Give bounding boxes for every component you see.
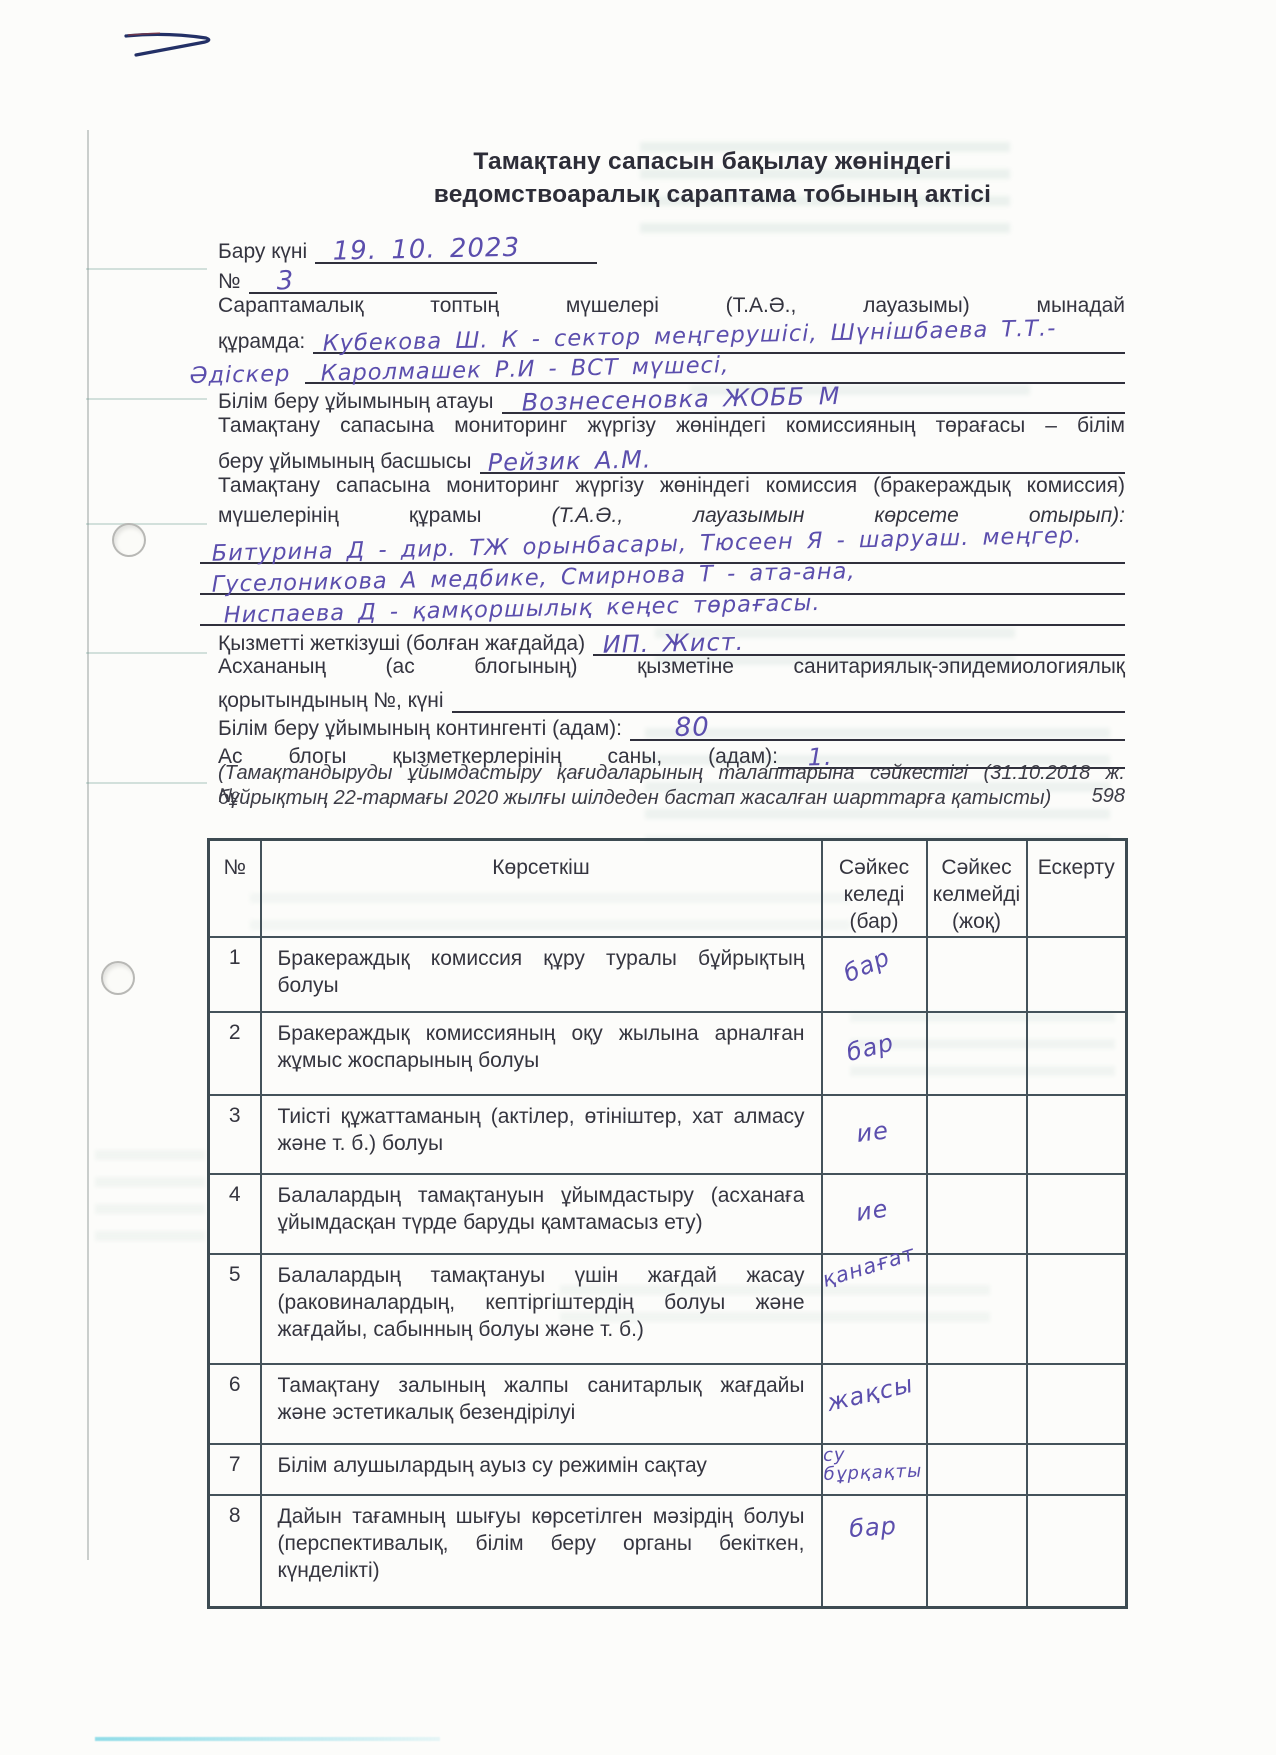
experts-value1: Кубекова Ш. К - сектор меңгерушісі, Шүні… bbox=[313, 317, 1057, 355]
row-indicator: Дайын тағамның шығуы көрсетілген мәзірді… bbox=[261, 1495, 822, 1607]
header-number: № bbox=[209, 840, 261, 938]
visit-date-line: Бару күні 19. 10. 2023 bbox=[218, 234, 1125, 264]
row-note-cell bbox=[1027, 1444, 1127, 1495]
chairman-blank: Рейзик А.М. bbox=[480, 442, 1126, 474]
note-line2: бұйрықтың 22-тармағы 2020 жылғы шілдеден… bbox=[218, 787, 1125, 810]
row-indicator: Балалардың тамақтануын ұйымдастыру (асха… bbox=[261, 1174, 822, 1254]
table-row: 7 Білім алушылардың ауыз су режимін сақт… bbox=[209, 1444, 1127, 1495]
experts-value-line1: құрамда: Кубекова Ш. К - сектор меңгеруш… bbox=[218, 324, 1125, 354]
scan-bleed-line bbox=[86, 523, 207, 525]
commission-label-line1: Тамақтану сапасына мониторинг жүргізу жө… bbox=[218, 474, 1125, 504]
row-no-match-cell bbox=[927, 1012, 1027, 1095]
row-note-cell bbox=[1027, 1095, 1127, 1174]
experts-intro2-label: құрамда: bbox=[218, 330, 313, 354]
act-number-value: 3 bbox=[248, 268, 294, 295]
org-name-label: Білім беру ұйымының атауы bbox=[218, 390, 502, 414]
row-no-match-cell bbox=[927, 937, 1027, 1012]
row-answer: бар bbox=[848, 1514, 897, 1541]
scan-page-edge-line bbox=[87, 130, 89, 1560]
scan-color-streak bbox=[95, 1737, 440, 1741]
row-answer-cell: бар bbox=[822, 1012, 927, 1095]
row-no-match-cell bbox=[927, 1174, 1027, 1254]
scan-bleed-line bbox=[86, 268, 207, 270]
document-title-line1: Тамақтану сапасын бақылау жөніндегі bbox=[300, 148, 1125, 176]
row-answer: ие bbox=[855, 1118, 890, 1146]
commission-blank3: Ниспаева Д - қамқоршылық кеңес төрағасы. bbox=[200, 594, 1125, 626]
chairman-value-line: беру ұйымының басшысы Рейзик А.М. bbox=[218, 444, 1125, 474]
row-number: 2 bbox=[209, 1012, 261, 1095]
row-answer: су бұрқақты bbox=[822, 1442, 924, 1484]
row-answer: ие bbox=[854, 1196, 890, 1225]
table-row: 5 Балалардың тамақтануы үшін жағдай жаса… bbox=[209, 1254, 1127, 1364]
commission-label-line2a: мүшелерінің құрамы bbox=[218, 504, 482, 527]
checklist-table: № Көрсеткіш Сәйкес келеді (бар) Сәйкес к… bbox=[207, 838, 1128, 1609]
header-indicator: Көрсеткіш bbox=[261, 840, 822, 938]
commission-value3: Ниспаева Д - қамқоршылық кеңес төрағасы. bbox=[200, 592, 821, 627]
experts-value2b: Каролмашек Р.И - ВСТ мүшесі, bbox=[304, 354, 729, 385]
row-number: 3 bbox=[209, 1095, 261, 1174]
act-number-blank: 3 bbox=[249, 262, 497, 294]
row-answer-cell: су бұрқақты bbox=[822, 1444, 927, 1495]
provider-blank: ИП. Жист. bbox=[593, 624, 1125, 656]
row-no-match-cell bbox=[927, 1095, 1027, 1174]
header-note: Ескерту bbox=[1027, 840, 1127, 938]
provider-line: Қызметті жеткізуші (болған жағдайда) ИП.… bbox=[218, 626, 1125, 656]
visit-date-blank: 19. 10. 2023 bbox=[315, 232, 597, 264]
row-no-match-cell bbox=[927, 1495, 1027, 1607]
row-note-cell bbox=[1027, 1495, 1127, 1607]
row-number: 5 bbox=[209, 1254, 261, 1364]
row-note-cell bbox=[1027, 1174, 1127, 1254]
row-no-match-cell bbox=[927, 1444, 1027, 1495]
chairman-label-line2: беру ұйымының басшысы bbox=[218, 450, 480, 474]
punch-hole-top bbox=[112, 523, 146, 557]
table-row: 3 Тиісті құжаттаманың (актілер, өтініште… bbox=[209, 1095, 1127, 1174]
commission-value-line1: Битурина Д - дир. ТЖ орынбасары, Тюсеен … bbox=[200, 534, 1125, 564]
row-number: 1 bbox=[209, 937, 261, 1012]
provider-label: Қызметті жеткізуші (болған жағдайда) bbox=[218, 632, 593, 656]
row-indicator: Білім алушылардың ауыз су режимін сақтау bbox=[261, 1444, 822, 1495]
org-name-value: Вознесеновка ЖОББ М bbox=[501, 384, 840, 415]
visit-date-value: 19. 10. 2023 bbox=[315, 235, 521, 265]
row-number: 6 bbox=[209, 1364, 261, 1444]
experts-value-line2: Әдіскер Каролмашек Р.И - ВСТ мүшесі, bbox=[190, 354, 1125, 384]
row-number: 4 bbox=[209, 1174, 261, 1254]
chairman-label-line1: Тамақтану сапасына мониторинг жүргізу жө… bbox=[218, 414, 1125, 444]
table-row: 1 Бракераждық комиссия құру туралы бұйры… bbox=[209, 937, 1127, 1012]
commission-blank2: Гуселоникова А медбике, Смирнова Т - ата… bbox=[200, 563, 1125, 595]
experts-blank2: Каролмашек Р.И - ВСТ мүшесі, bbox=[305, 352, 1125, 384]
contingent-value: 80 bbox=[629, 714, 710, 742]
row-answer: бар bbox=[844, 1030, 896, 1065]
document-title-line2: ведомствоаралық сараптама тобының актісі bbox=[300, 181, 1125, 209]
chairman-value: Рейзик А.М. bbox=[479, 447, 651, 475]
header-match-no: Сәйкес келмейді (жоқ) bbox=[927, 840, 1027, 938]
act-number-label: № bbox=[218, 270, 249, 294]
act-number-line: № 3 bbox=[218, 264, 1125, 294]
table-row: 8 Дайын тағамның шығуы көрсетілген мәзір… bbox=[209, 1495, 1127, 1607]
row-indicator: Тиісті құжаттаманың (актілер, өтініштер,… bbox=[261, 1095, 822, 1174]
row-indicator: Балалардың тамақтануы үшін жағдай жасау … bbox=[261, 1254, 822, 1364]
scan-bleed-line bbox=[86, 652, 207, 654]
org-name-line: Білім беру ұйымының атауы Вознесеновка Ж… bbox=[218, 384, 1125, 414]
provider-value: ИП. Жист. bbox=[593, 630, 745, 657]
sanitary-label-line2: қорытындының №, күні bbox=[218, 689, 452, 713]
row-note-cell bbox=[1027, 1364, 1127, 1444]
scanned-act-page: Тамақтану сапасын бақылау жөніндегі ведо… bbox=[0, 0, 1276, 1755]
row-number: 8 bbox=[209, 1495, 261, 1607]
row-answer: бар bbox=[840, 944, 893, 985]
row-answer-cell: ие bbox=[822, 1095, 927, 1174]
row-answer-cell: жақсы bbox=[822, 1364, 927, 1444]
contingent-label: Білім беру ұйымының контингенті (адам): bbox=[218, 717, 630, 741]
table-row: 6 Тамақтану залының жалпы санитарлық жағ… bbox=[209, 1364, 1127, 1444]
row-note-cell bbox=[1027, 1012, 1127, 1095]
header-match-yes: Сәйкес келеді (бар) bbox=[822, 840, 927, 938]
visit-date-label: Бару күні bbox=[218, 240, 315, 264]
row-note-cell bbox=[1027, 937, 1127, 1012]
scan-bleed-line bbox=[86, 398, 207, 400]
commission-blank1: Битурина Д - дир. ТЖ орынбасары, Тюсеен … bbox=[200, 532, 1125, 564]
row-answer-cell: бар bbox=[822, 937, 927, 1012]
row-no-match-cell bbox=[927, 1364, 1027, 1444]
org-name-blank: Вознесеновка ЖОББ М bbox=[502, 382, 1125, 414]
scan-bleedthrough-text bbox=[95, 1150, 205, 1245]
row-number: 7 bbox=[209, 1444, 261, 1495]
row-no-match-cell bbox=[927, 1254, 1027, 1364]
table-header-row: № Көрсеткіш Сәйкес келеді (бар) Сәйкес к… bbox=[209, 840, 1127, 938]
experts-blank1: Кубекова Ш. К - сектор меңгерушісі, Шүні… bbox=[313, 322, 1125, 354]
row-answer-cell: бар bbox=[822, 1495, 927, 1607]
commission-value-line3: Ниспаева Д - қамқоршылық кеңес төрағасы. bbox=[200, 596, 1125, 626]
row-indicator: Бракераждық комиссияның оқу жылына арнал… bbox=[261, 1012, 822, 1095]
row-indicator: Бракераждық комиссия құру туралы бұйрықт… bbox=[261, 937, 822, 1012]
table-row: 4 Балалардың тамақтануын ұйымдастыру (ас… bbox=[209, 1174, 1127, 1254]
scan-bleed-line bbox=[86, 782, 207, 784]
pen-scribble-mark bbox=[110, 22, 240, 67]
row-indicator: Тамақтану залының жалпы санитарлық жағда… bbox=[261, 1364, 822, 1444]
commission-value-line2: Гуселоникова А медбике, Смирнова Т - ата… bbox=[200, 565, 1125, 595]
punch-hole-bottom bbox=[101, 961, 135, 995]
table-row: 2 Бракераждық комиссияның оқу жылына арн… bbox=[209, 1012, 1127, 1095]
row-answer-cell: қанағат bbox=[822, 1254, 927, 1364]
row-note-cell bbox=[1027, 1254, 1127, 1364]
row-answer: жақсы bbox=[825, 1372, 916, 1415]
